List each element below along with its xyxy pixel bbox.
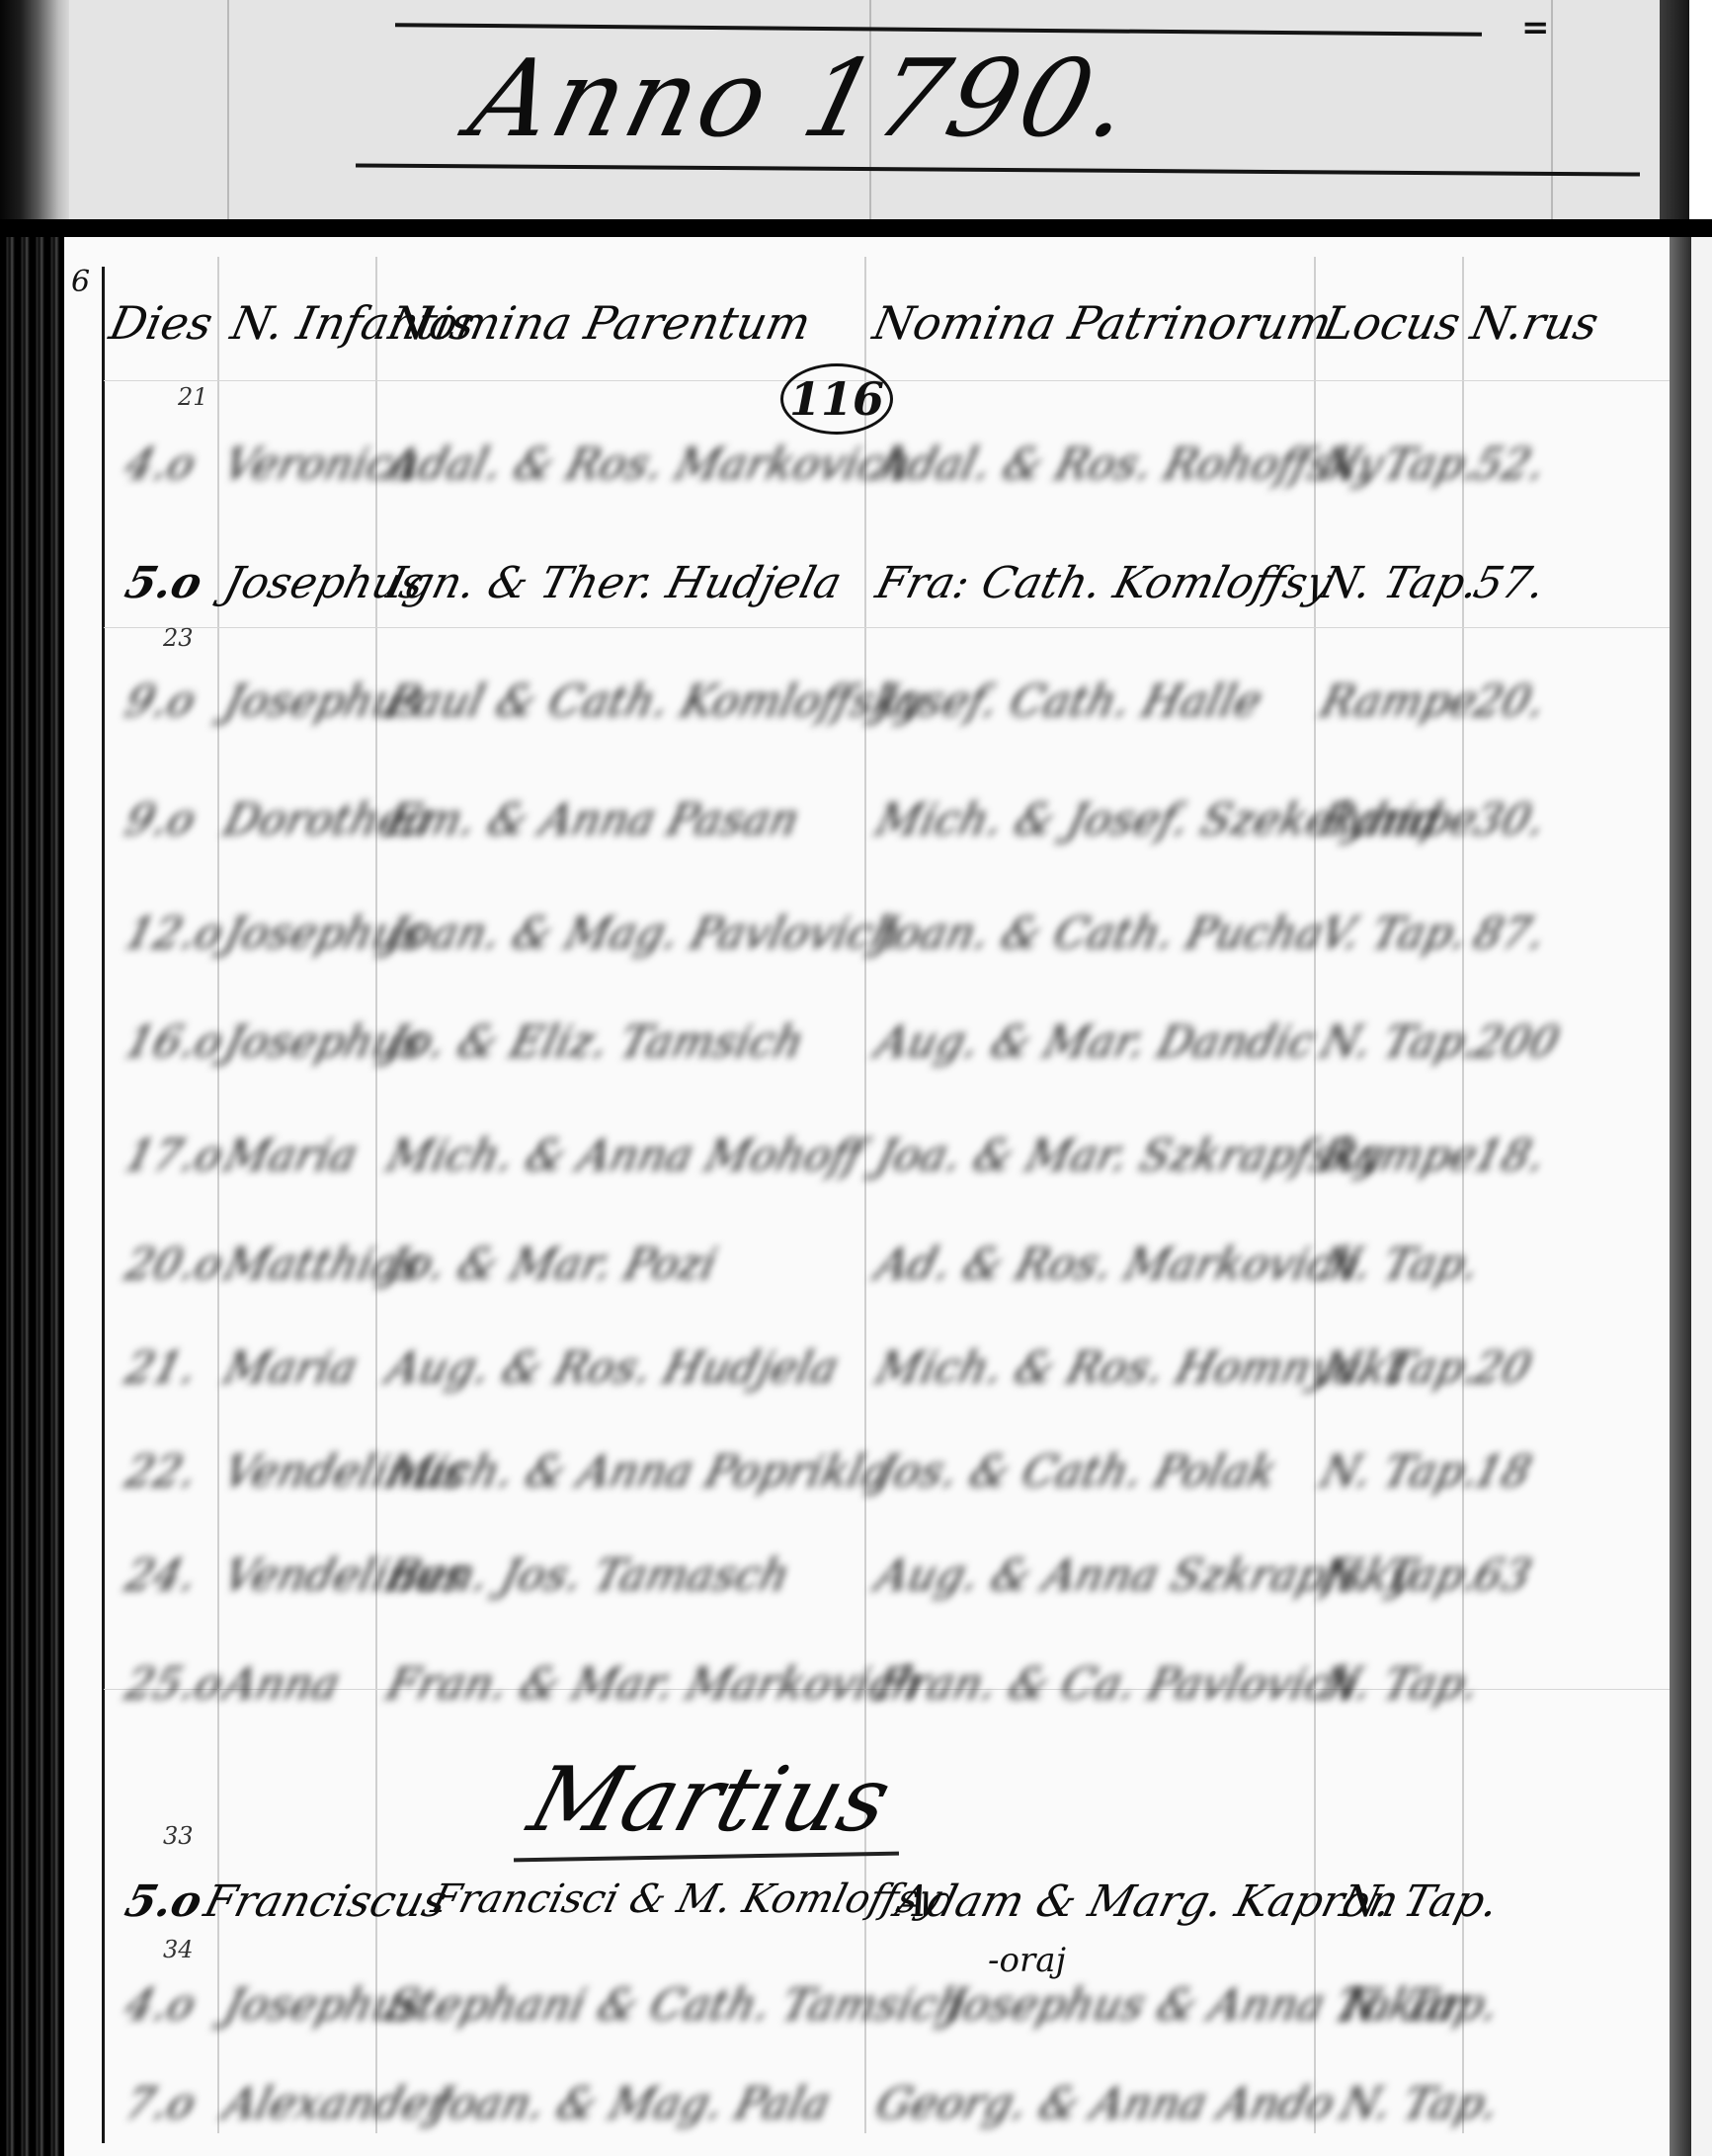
entry-day: 5.o xyxy=(121,558,207,608)
entry-locus: N. Tap. xyxy=(1336,2079,1505,2129)
ruled-row-line xyxy=(104,380,1670,381)
register-entry: 7.o Alexander Joan. & Mag. Pala Georg. &… xyxy=(107,2079,1569,2156)
entry-locus: Rampe xyxy=(1316,677,1483,727)
entry-locus: N. Tap. xyxy=(1336,1980,1505,2031)
month-underline xyxy=(514,1852,899,1863)
register-entry: 21. Maria Aug. & Ros. Hudjela Mich. & Ro… xyxy=(107,1343,1569,1422)
entry-locus: N. Tap. xyxy=(1316,1017,1485,1068)
entry-reference-number: 23 xyxy=(163,624,194,652)
entry-parents: Joan. & Mag. Pavlovich xyxy=(382,909,907,959)
entry-day: 21. xyxy=(121,1343,203,1394)
entry-godparents-continuation: -oraj xyxy=(988,1941,1066,1980)
page-edge xyxy=(1670,237,1691,2156)
entry-number: 20. xyxy=(1469,677,1551,727)
entry-godparents: Joa. & Mar. Szkrapfsky xyxy=(871,1131,1390,1181)
entry-parents: Jo. & Eliz. Tamsich xyxy=(382,1017,809,1068)
column-header-dies: Dies xyxy=(105,296,217,350)
register-entry: 4.o Josephus Stephani & Cath. Tamsich Jo… xyxy=(107,1980,1569,2059)
entry-infant: Alexander xyxy=(219,2079,455,2129)
entry-day: 9.o xyxy=(121,795,201,845)
entry-godparents: Joan. & Cath. Pucha xyxy=(871,909,1330,959)
entry-day: 4.o xyxy=(121,1980,201,2031)
entry-infant: Maria xyxy=(219,1131,363,1181)
entry-day: 17.o xyxy=(121,1131,228,1181)
entry-godparents: Adam & Marg. Kapron xyxy=(891,1877,1404,1927)
entry-parents: Aug. & Ros. Hudjela xyxy=(382,1343,844,1394)
ink-rule xyxy=(395,23,1482,37)
entry-locus: Rampe xyxy=(1316,1131,1483,1181)
register-entry: 12.o Josephus Joan. & Mag. Pavlovich Joa… xyxy=(107,909,1569,988)
register-entry: 9.o Dorothea Em. & Anna Pasan Mich. & Jo… xyxy=(107,795,1569,874)
entry-infant: Franciscus xyxy=(200,1877,452,1927)
entry-locus: V. Tap. xyxy=(1316,909,1473,959)
entry-parents: Paul & Cath. Komloffsky xyxy=(382,677,932,727)
entry-reference-number: 21 xyxy=(178,383,208,411)
entry-locus: N. Tap. xyxy=(1316,1551,1485,1601)
entry-locus: N. Tap. xyxy=(1316,1343,1485,1394)
entry-parents: Ign. & Ther. Hudjela xyxy=(382,558,847,608)
year-title: Anno 1790. xyxy=(458,38,1147,161)
entry-locus: N. Tap. xyxy=(1316,558,1485,608)
entry-number: 57. xyxy=(1469,558,1551,608)
previous-page-strip: Anno 1790. = xyxy=(0,0,1689,222)
entry-day: 20.o xyxy=(121,1239,228,1290)
entry-parents: Mich. & Anna Poprikla xyxy=(382,1447,895,1497)
entry-day: 7.o xyxy=(121,2079,201,2129)
entry-day: 4.o xyxy=(121,439,201,490)
entry-parents: Jo. & Mar. Pozi xyxy=(382,1239,722,1290)
entry-locus: N. Tap. xyxy=(1316,1659,1485,1710)
entry-number: 200 xyxy=(1469,1017,1565,1068)
column-header-numerus: N.rus xyxy=(1466,296,1603,350)
ruled-column-line xyxy=(227,0,229,222)
entry-locus: N. Tap. xyxy=(1336,1877,1505,1927)
entry-parents: Adal. & Ros. Markovich xyxy=(382,439,918,490)
entry-godparents: Ad. & Ros. Markovich xyxy=(871,1239,1366,1290)
entry-infant: Maria xyxy=(219,1343,363,1394)
page-number-stamp: 116 xyxy=(780,363,893,435)
entry-day: 5.o xyxy=(121,1877,207,1927)
ruled-column-line xyxy=(1551,0,1553,222)
entry-day: 12.o xyxy=(121,909,228,959)
entry-number: 52. xyxy=(1469,439,1551,490)
entry-day: 25.o xyxy=(121,1659,228,1710)
entry-godparents: Georg. & Anna Ando xyxy=(871,2079,1340,2129)
month-heading: Martius xyxy=(519,1748,902,1852)
entry-day: 16.o xyxy=(121,1017,228,1068)
register-page: 6 Dies N. Infantis Nomina Parentum Nomin… xyxy=(0,237,1712,2156)
column-header-parents: Nomina Parentum xyxy=(384,296,815,350)
entry-godparents: Josef. Cath. Halle xyxy=(871,677,1267,727)
register-entry: 16.o Josephus Jo. & Eliz. Tamsich Aug. &… xyxy=(107,1017,1569,1096)
entry-godparents: Adal. & Ros. Rohoffsky xyxy=(871,439,1389,490)
register-entry: 17.o Maria Mich. & Anna Mohoff Joa. & Ma… xyxy=(107,1131,1569,1210)
entry-number: 30. xyxy=(1469,795,1551,845)
entry-reference-number: 33 xyxy=(163,1822,194,1850)
entry-number: 87. xyxy=(1469,909,1551,959)
register-entry: 25.o Anna Fran. & Mar. Markovich Fran. &… xyxy=(107,1659,1569,1738)
register-entry: 22. Vendelinus Mich. & Anna Poprikla Jos… xyxy=(107,1447,1569,1526)
register-entry: 5.o Josephus Ign. & Ther. Hudjela Fra: C… xyxy=(107,558,1569,637)
entry-parents: Mich. & Anna Mohoff xyxy=(382,1131,868,1181)
entry-number: 18. xyxy=(1469,1131,1551,1181)
entry-parents: Fran. & Mar. Markovich xyxy=(382,1659,929,1710)
entry-number: 63 xyxy=(1469,1551,1537,1601)
entry-godparents: Fran. & Ca. Pavlovich xyxy=(871,1659,1364,1710)
register-entry: 20.o Matthias Jo. & Mar. Pozi Ad. & Ros.… xyxy=(107,1239,1569,1318)
title-underline xyxy=(356,163,1640,176)
book-binding xyxy=(0,237,64,2156)
register-entry: 4.o Veronica Adal. & Ros. Markovich Adal… xyxy=(107,439,1569,519)
entry-day: 22. xyxy=(121,1447,203,1497)
entry-parents: Em. & Anna Pasan xyxy=(382,795,804,845)
entry-parents: Joan. & Mag. Pala xyxy=(427,2079,836,2129)
margin-line xyxy=(102,267,105,2143)
entry-day: 24. xyxy=(121,1551,203,1601)
entry-locus: N. Tap. xyxy=(1316,439,1485,490)
book-binding-top xyxy=(0,0,69,222)
entry-parents: Francisci & M. Komloffsy xyxy=(427,1877,945,1922)
next-page-sliver xyxy=(1691,237,1712,2156)
register-entry: 24. Vendelinus Ben. Jos. Tamasch Aug. & … xyxy=(107,1551,1569,1630)
entry-day: 9.o xyxy=(121,677,201,727)
column-header-locus: Locus xyxy=(1318,296,1465,350)
entry-infant: Anna xyxy=(219,1659,345,1710)
entry-locus: Rampe xyxy=(1316,795,1483,845)
register-entry: 5.o Franciscus Francisci & M. Komloffsy … xyxy=(107,1877,1569,1956)
entry-parents: Ben. Jos. Tamasch xyxy=(382,1551,795,1601)
entry-godparents: Jos. & Cath. Polak xyxy=(871,1447,1282,1497)
entry-locus: N. Tap. xyxy=(1316,1239,1485,1290)
entry-godparents: Aug. & Mar. Dandic xyxy=(871,1017,1320,1068)
entry-number: 20 xyxy=(1469,1343,1537,1394)
entry-godparents: Fra: Cath. Komloffsy xyxy=(871,558,1338,608)
margin-note: 6 xyxy=(71,265,90,299)
sheet-gap xyxy=(0,219,1712,239)
entry-parents: Stephani & Cath. Tamsich xyxy=(382,1980,971,2031)
register-entry: 9.o Josephus Paul & Cath. Komloffsky Jos… xyxy=(107,677,1569,756)
entry-locus: N. Tap. xyxy=(1316,1447,1485,1497)
entry-number: 18 xyxy=(1469,1447,1537,1497)
ink-mark: = xyxy=(1521,8,1550,47)
entry-reference-number: 34 xyxy=(163,1936,194,1963)
column-header-godparents: Nomina Patrinorum xyxy=(868,296,1336,350)
page-edge xyxy=(1660,0,1689,222)
